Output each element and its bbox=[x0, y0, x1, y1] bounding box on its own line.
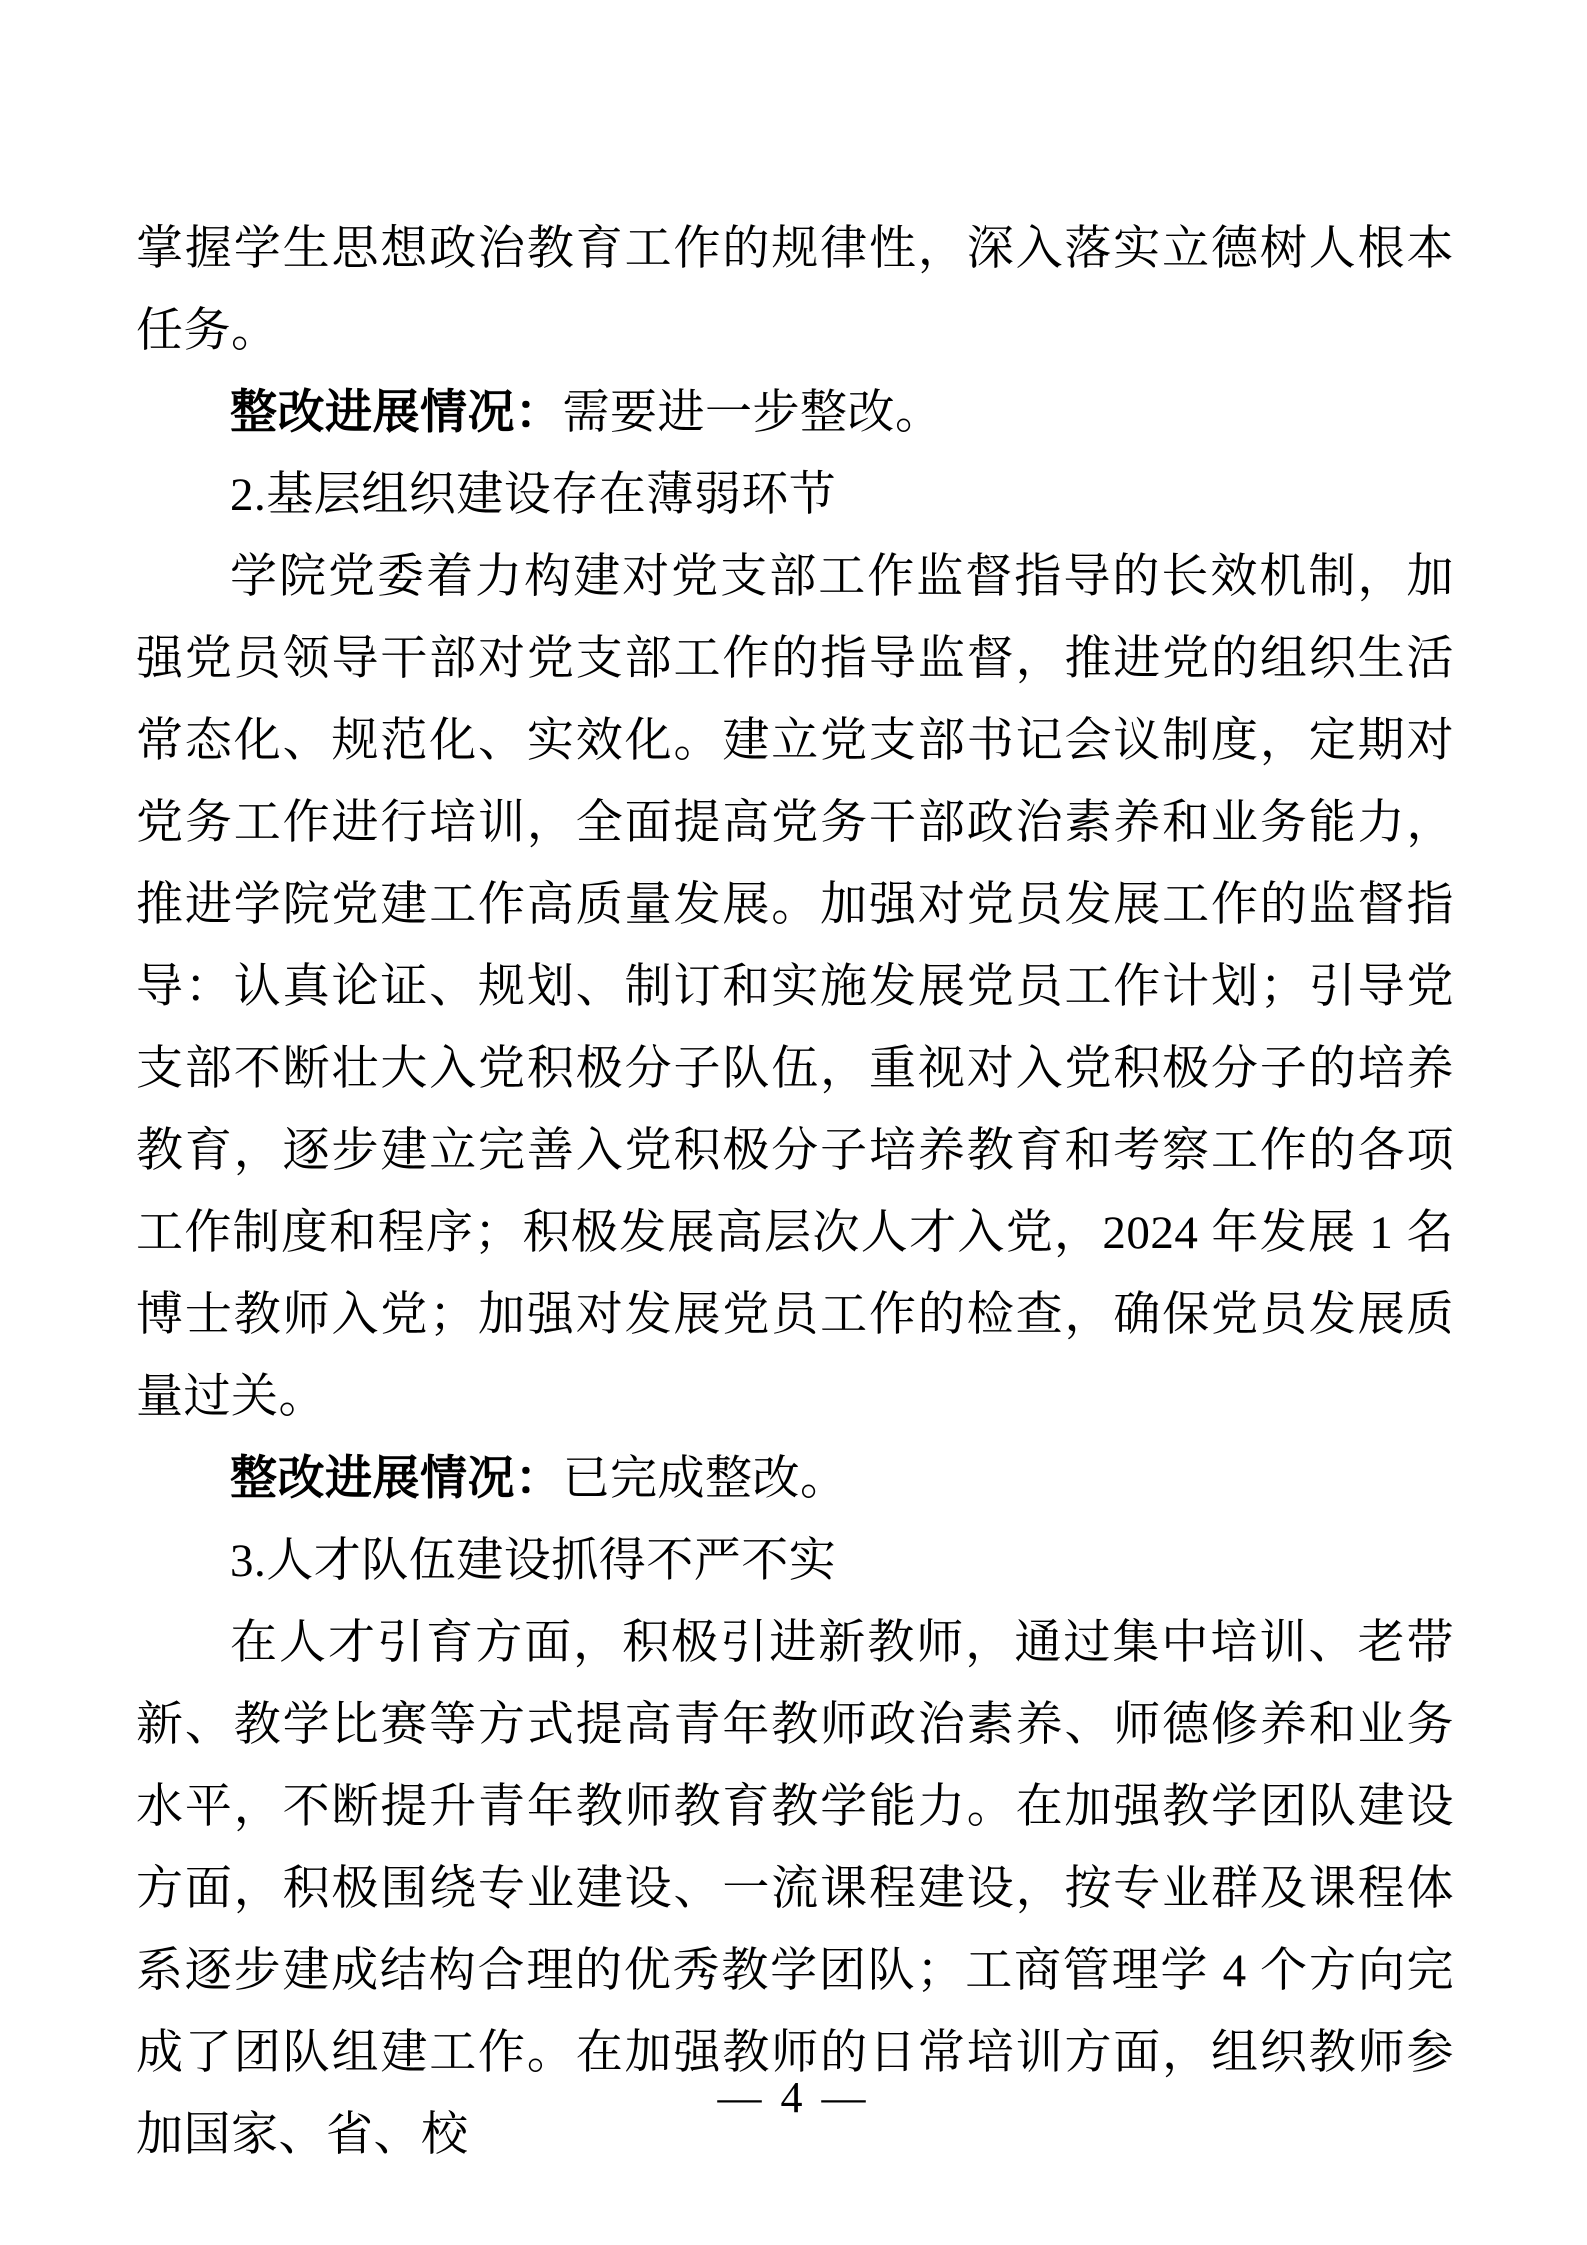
status-value: 需要进一步整改。 bbox=[563, 387, 943, 439]
page-footer: — 4 — bbox=[0, 2072, 1587, 2124]
status-value: 已完成整改。 bbox=[563, 1453, 848, 1505]
page-number: — 4 — bbox=[718, 2073, 870, 2122]
status-paragraph: 整改进展情况：需要进一步整改。 bbox=[136, 372, 1454, 454]
section-heading-2: 2.基层组织建设存在薄弱环节 bbox=[136, 454, 1454, 536]
document-content: 掌握学生思想政治教育工作的规律性，深入落实立德树人根本任务。 整改进展情况：需要… bbox=[136, 208, 1454, 2176]
status-label: 整改进展情况： bbox=[230, 387, 563, 439]
status-label: 整改进展情况： bbox=[230, 1453, 563, 1505]
paragraph-body: 学院党委着力构建对党支部工作监督指导的长效机制，加强党员领导干部对党支部工作的指… bbox=[136, 536, 1454, 1438]
document-page: 掌握学生思想政治教育工作的规律性，深入落实立德树人根本任务。 整改进展情况：需要… bbox=[0, 0, 1587, 2245]
section-heading-3: 3.人才队伍建设抓得不严不实 bbox=[136, 1520, 1454, 1602]
status-paragraph: 整改进展情况：已完成整改。 bbox=[136, 1438, 1454, 1520]
paragraph-continuation: 掌握学生思想政治教育工作的规律性，深入落实立德树人根本任务。 bbox=[136, 208, 1454, 372]
